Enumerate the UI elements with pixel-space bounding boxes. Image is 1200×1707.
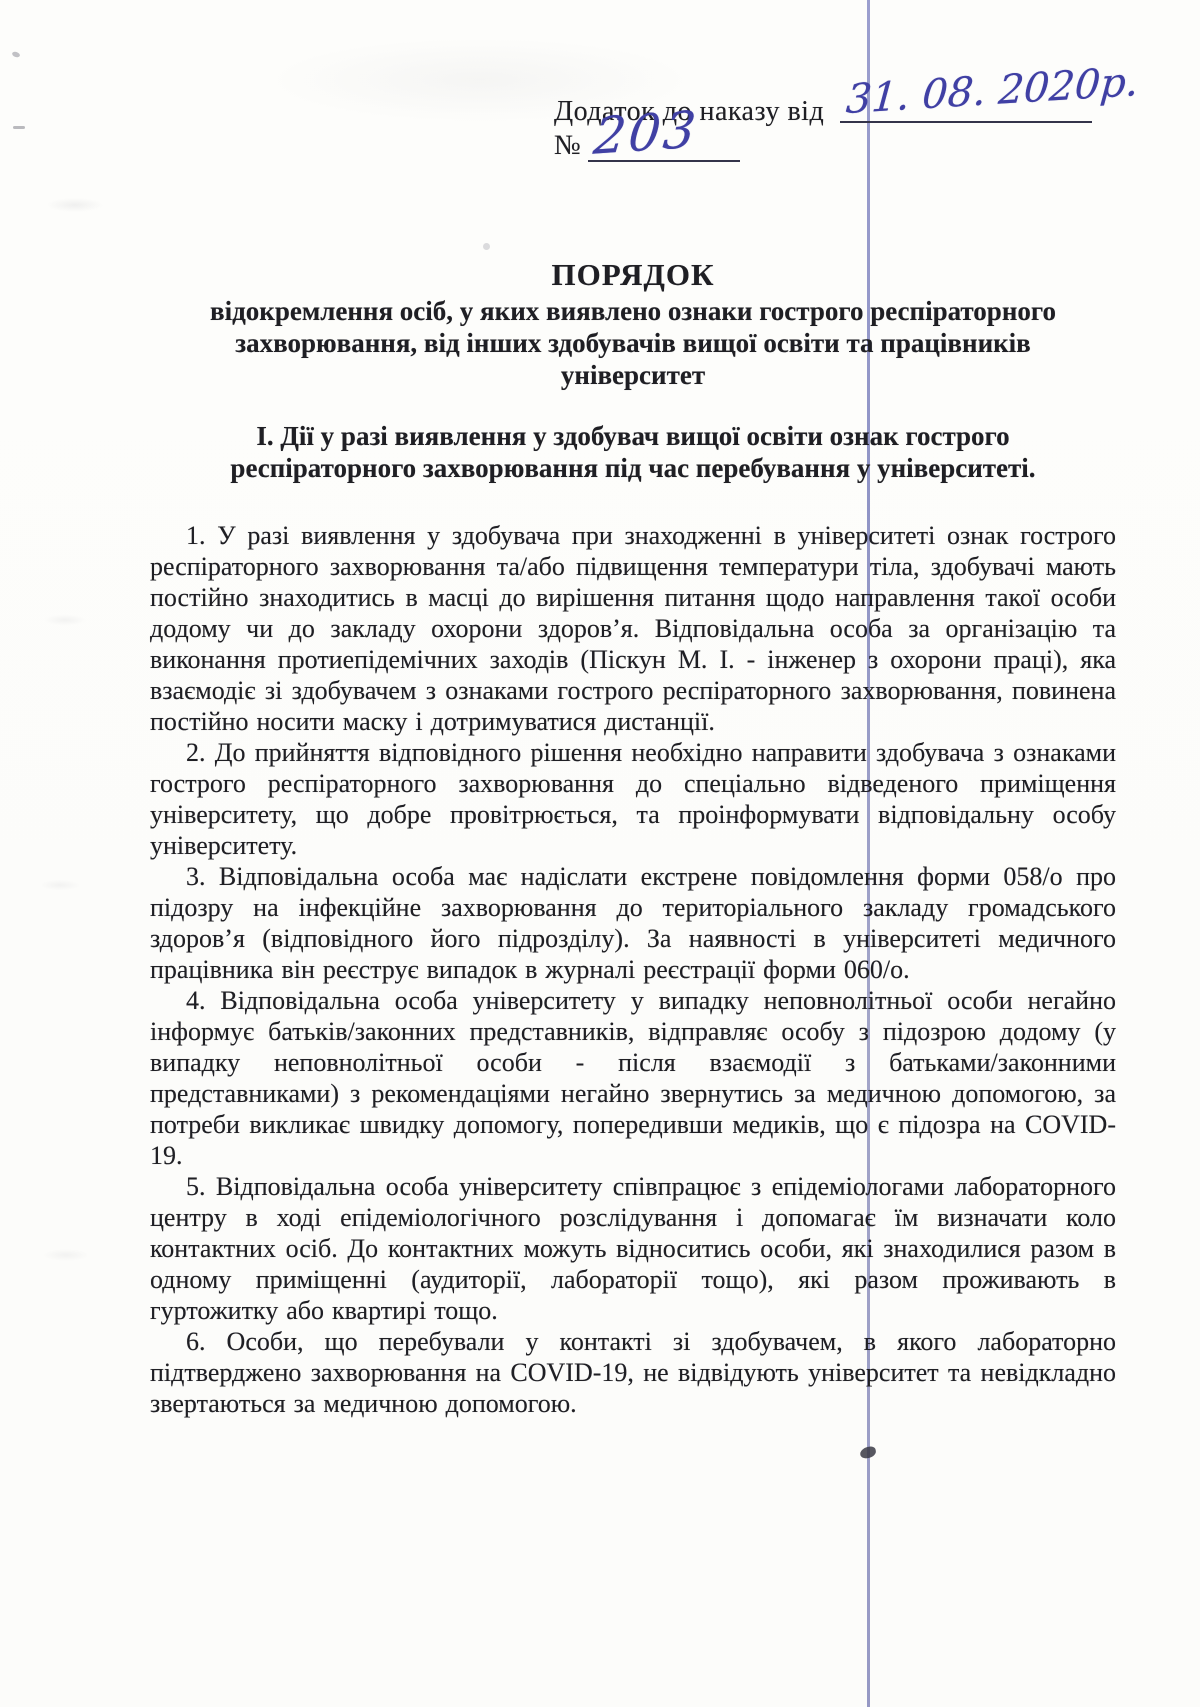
paragraph-2: 2. До прийняття відповідного рішення нео… [150, 737, 1116, 861]
date-underline [840, 121, 1092, 123]
handwritten-order-date: 31. 08. 2020р. [844, 59, 1140, 123]
section-heading-line: респіраторного захворювання під час пере… [150, 452, 1116, 484]
handwritten-order-number: 203 [591, 100, 701, 166]
page-title: ПОРЯДОК [150, 255, 1116, 295]
paragraph-3: 3. Відповідальна особа має надіслати екс… [150, 861, 1116, 985]
paragraph-5: 5. Відповідальна особа університету спів… [150, 1171, 1116, 1326]
title-subtitle-line: відокремлення осіб, у яких виявлено озна… [150, 295, 1116, 327]
scanned-document-page: Додаток до наказу від 31. 08. 2020р. № 2… [0, 0, 1200, 1707]
ink-blot [859, 1445, 877, 1459]
scan-artifact [483, 243, 490, 250]
section-heading: І. Дії у разі виявлення у здобувач вищої… [150, 420, 1116, 484]
title-block: ПОРЯДОК відокремлення осіб, у яких виявл… [150, 255, 1116, 391]
section-heading-line: І. Дії у разі виявлення у здобувач вищої… [150, 420, 1116, 452]
document-body: 1. У разі виявлення у здобувача при знах… [150, 520, 1116, 1419]
paragraph-6: 6. Особи, що перебували у контакті зі зд… [150, 1326, 1116, 1419]
paragraph-1: 1. У разі виявлення у здобувача при знах… [150, 520, 1116, 737]
paragraph-4: 4. Відповідальна особа університету у ви… [150, 985, 1116, 1171]
number-sign: № [554, 130, 581, 162]
scan-artifact [13, 126, 25, 129]
title-subtitle-line: захворювання, від інших здобувачів вищої… [150, 327, 1116, 359]
title-subtitle-line: університет [150, 359, 1116, 391]
scan-artifact [11, 51, 20, 58]
